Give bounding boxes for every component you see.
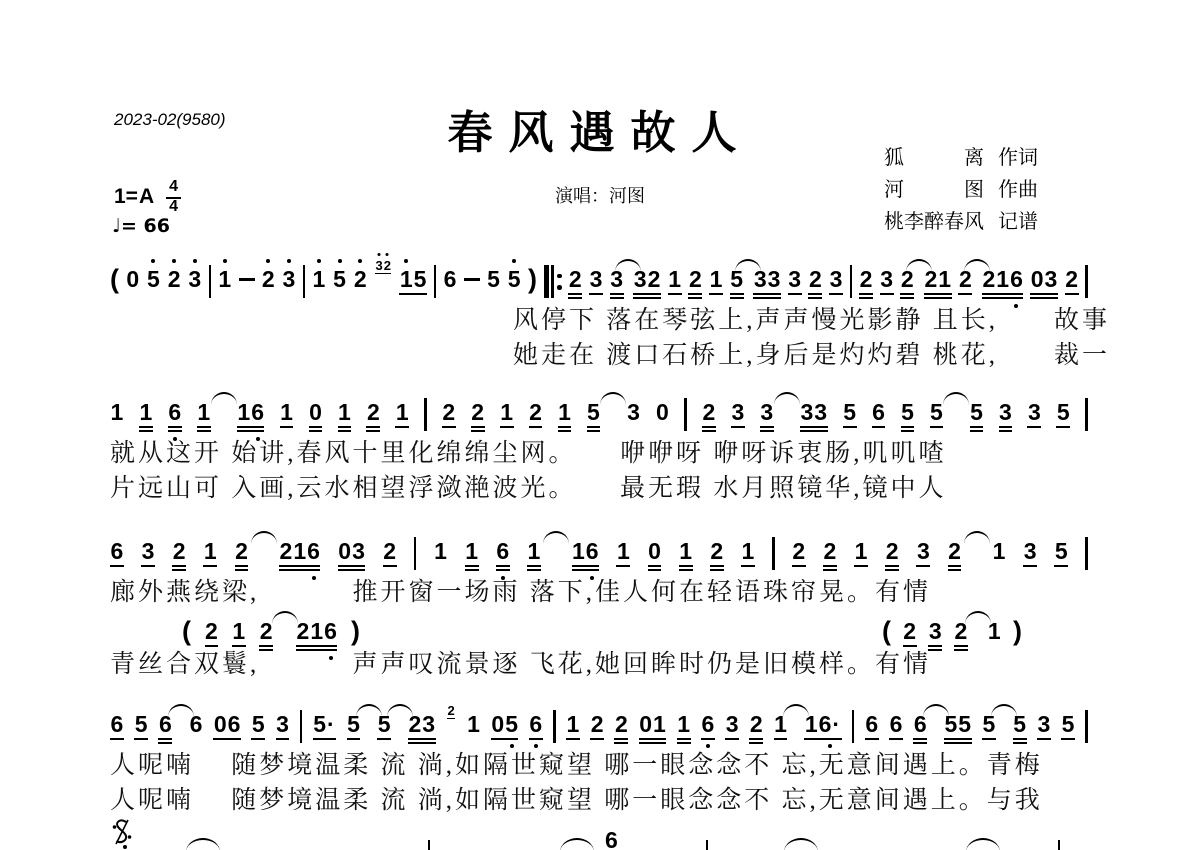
note: 1 — [110, 401, 124, 424]
note: 3 — [731, 401, 745, 428]
note: 6 — [168, 401, 182, 428]
note: 1 — [312, 268, 326, 291]
augmentation-dot: · — [832, 711, 840, 737]
note: 6 — [496, 540, 510, 567]
note: 5 — [1054, 540, 1068, 567]
note: 5 — [843, 401, 857, 428]
note: 5 — [1056, 401, 1070, 428]
note: 1 — [338, 401, 352, 428]
octave-dot-above — [338, 259, 342, 263]
note: 3 — [788, 268, 802, 295]
note: 5 — [730, 268, 744, 295]
slur-tie — [543, 531, 569, 544]
octave-dot-below — [1014, 304, 1018, 308]
lyric-line: 人呢喃 随梦境温柔 流 淌,如隔世窥望 哪一眼念念不 忘,无意间遇上。与我 — [110, 783, 1088, 818]
note: 2 — [167, 268, 181, 291]
parenthesis: ( — [182, 617, 191, 645]
note: 55 — [944, 713, 972, 740]
note: 1 — [558, 401, 572, 428]
ossia-phrase: (212216) — [182, 610, 360, 647]
note: 216 — [296, 620, 337, 647]
note: 2 — [808, 268, 822, 295]
barline — [209, 265, 211, 298]
note: 5 — [1061, 713, 1075, 740]
music-system: 656606535·552321056122011632116·66655553… — [110, 700, 1088, 818]
slur-tie — [783, 704, 809, 717]
parenthesis: ) — [528, 265, 537, 293]
barline — [706, 840, 708, 850]
slur-tie — [387, 704, 413, 717]
note: 2 — [958, 268, 972, 295]
note: 2 — [885, 540, 899, 567]
barline — [428, 840, 430, 850]
note: 03 — [1030, 268, 1058, 295]
note: 0 — [309, 401, 323, 428]
octave-dot-above — [317, 259, 321, 263]
note: 1 — [741, 540, 755, 567]
dash-note — [464, 278, 480, 281]
octave-dot-above — [172, 259, 176, 263]
note: 06 — [213, 713, 241, 740]
ossia-phrase: (2321) — [882, 610, 1022, 647]
key-prefix: 1= — [114, 185, 138, 209]
lyric-line: 就从这开 始讲,春风十里化绵绵尘网。 咿咿呀 咿呀诉衷肠,叽叽喳 — [110, 436, 1088, 471]
octave-dot-above — [223, 259, 227, 263]
note: 1 — [280, 401, 294, 428]
slur-tie — [991, 704, 1017, 717]
slur-tie — [774, 392, 800, 405]
note: 216 — [279, 540, 320, 567]
note: 2 — [353, 268, 367, 291]
barline — [1085, 398, 1087, 431]
note: 32 — [633, 268, 661, 295]
note: 2 — [948, 540, 962, 567]
note: 1 — [992, 540, 1006, 563]
note: 3 — [725, 713, 739, 740]
note: 2 — [702, 401, 716, 428]
note: 16 — [572, 540, 600, 567]
note: 16· — [804, 713, 841, 740]
note: 21 — [924, 268, 952, 295]
note: 5 — [251, 713, 265, 740]
note: 5 — [487, 268, 501, 291]
octave-dot-above — [358, 259, 362, 263]
notation-line: 656606535·552321056122011632116·66655553… — [110, 700, 1088, 748]
tempo-value: = 66 — [121, 215, 170, 237]
barline — [424, 398, 426, 431]
barline — [1085, 710, 1087, 743]
note: 1 — [139, 401, 153, 428]
key-note: A — [139, 185, 154, 209]
sheet-music-page: 2023-02(9580) 春风遇故人 演唱：河图 1= A 4 4 ♩= 66… — [0, 0, 1200, 850]
note: 2 — [471, 401, 485, 428]
note: 2 — [954, 620, 968, 647]
slur-tie — [186, 838, 220, 850]
note: 1 — [774, 713, 788, 740]
note: 6 — [158, 713, 172, 740]
dash-note — [239, 278, 255, 281]
lyric-line: 青丝合双鬟, 声声叹流景逐 飞花,她回眸时仍是旧模样。有情 — [110, 647, 1088, 682]
note: 3 — [188, 268, 202, 291]
note: 1 — [203, 540, 217, 567]
octave-dot-below — [706, 744, 710, 748]
note: 1 — [197, 401, 211, 428]
note: 1 — [616, 540, 630, 567]
note: 5 — [982, 713, 996, 740]
lyric-line: 片远山可 入画,云水相望浮潋滟波光。 最无瑕 水月照镜华,镜中人 — [110, 471, 1088, 506]
octave-dot-below — [173, 437, 177, 441]
slur-tie — [251, 531, 277, 544]
note: 0 — [656, 401, 670, 424]
note: 2 — [903, 620, 917, 647]
slur-tie — [211, 392, 237, 405]
note: 5· — [313, 713, 336, 740]
note: 2 — [749, 713, 763, 740]
note: 03 — [338, 540, 366, 567]
notation-line: 11611610121221215302333356555335 — [110, 388, 1088, 436]
note: 6 — [913, 713, 927, 740]
octave-dot-below — [534, 744, 538, 748]
note: 1 — [566, 713, 580, 740]
lyric-line: 风停下 落在琴弦上,声声慢光影静 且长, 故事 — [110, 303, 1088, 338]
lyricist-name: 狐 离 — [884, 142, 984, 174]
note: 3 — [760, 401, 774, 428]
parenthesis: ( — [110, 265, 119, 293]
note: 33 — [800, 401, 828, 428]
composer-name: 河 图 — [884, 174, 984, 206]
notation-line: (05231231523215655)233321215333232322122… — [110, 255, 1088, 303]
barline — [434, 265, 436, 298]
note: 2 — [261, 268, 275, 291]
octave-dot-below — [329, 656, 333, 660]
note: 6 — [865, 713, 879, 740]
lyric-line: 人呢喃 随梦境温柔 流 淌,如隔世窥望 哪一眼念念不 忘,无意间遇上。青梅 — [110, 748, 1088, 783]
note: 6 — [872, 401, 886, 428]
note: 2 — [1065, 268, 1079, 295]
barline — [850, 265, 852, 298]
note: 2 — [442, 401, 456, 428]
note: 2 — [529, 401, 543, 428]
note: 2 — [366, 401, 380, 428]
note: 16 — [237, 401, 265, 428]
note: 2 — [590, 713, 604, 740]
note: 3 — [141, 540, 155, 567]
slur-tie — [964, 259, 990, 272]
note: 3 — [1023, 540, 1037, 567]
octave-dot-above — [193, 259, 197, 263]
barline — [1058, 840, 1060, 850]
note: 1 — [218, 268, 232, 291]
composer-credit: 河 图 作曲 — [884, 174, 1038, 206]
transcriber-role: 记谱 — [998, 206, 1038, 238]
octave-dot-above — [386, 253, 389, 256]
music-system: 11611610121221215302333356555335就从这开 始讲,… — [110, 388, 1088, 506]
note: 5 — [970, 401, 984, 428]
note: 1 — [395, 401, 409, 428]
note: 2 — [823, 540, 837, 567]
grace-notes: 2 — [447, 704, 455, 719]
ossia-row: (212216)(2321) — [110, 610, 1088, 647]
note: 5 — [587, 401, 601, 428]
notation-line: 6321221603211611610121221232135 — [110, 527, 1088, 575]
lyric-line: 她走在 渡口石桥上,身后是灼灼碧 桃花, 裁一 — [110, 338, 1088, 373]
slur-tie — [272, 611, 298, 624]
note: 6 — [889, 713, 903, 740]
note: 3 — [1027, 401, 1041, 428]
slur-tie — [965, 611, 991, 624]
note: 5 — [147, 268, 161, 291]
note: 3 — [627, 401, 641, 424]
slur-tie — [923, 704, 949, 717]
parenthesis: ) — [1013, 617, 1022, 645]
note: 1 — [677, 713, 691, 740]
note: 6 — [701, 713, 715, 740]
barline — [772, 537, 774, 570]
music-system: 6321221603211611610121221232135廊外燕绕梁, 推开… — [110, 527, 1088, 682]
note: 5 — [507, 268, 521, 291]
note: 05 — [491, 713, 519, 740]
note: 6 — [529, 713, 543, 740]
note: 5 — [377, 713, 391, 740]
slur-tie — [600, 392, 626, 405]
credits-block: 狐 离 作词 河 图 作曲 桃李醉春风 记谱 — [884, 142, 1038, 238]
note: 3 — [928, 620, 942, 647]
slur-tie — [943, 392, 969, 405]
note: 3 — [610, 268, 624, 295]
note: 1 — [434, 540, 448, 563]
barline — [300, 710, 302, 743]
music-system: (05231231523215655)233321215333232322122… — [110, 255, 1088, 373]
slur-tie — [356, 704, 382, 717]
note: 1 — [500, 401, 514, 428]
note: 5 — [930, 401, 944, 428]
slur-tie — [168, 704, 194, 717]
octave-dot-above — [512, 259, 516, 263]
slur-tie — [966, 838, 1000, 850]
note: 5 — [347, 713, 361, 740]
note: 5 — [134, 713, 148, 740]
quarter-note-icon: ♩ — [112, 215, 121, 237]
note: 01 — [639, 713, 667, 740]
segno-icon — [112, 818, 132, 850]
note: 2 — [859, 268, 873, 295]
barline — [1085, 537, 1087, 570]
note: 3 — [999, 401, 1013, 428]
note: 2 — [710, 540, 724, 567]
barline — [303, 265, 305, 298]
note: 1 — [854, 540, 868, 567]
meter-numerator: 4 — [166, 179, 181, 199]
octave-dot-below — [501, 576, 505, 580]
note: 3 — [1037, 713, 1051, 740]
note: 2 — [259, 620, 273, 647]
lyric-line: 廊外燕绕梁, 推开窗一场雨 落下,佳人何在轻语珠帘晃。有情 — [110, 575, 1088, 610]
slur-tie — [906, 259, 932, 272]
barline — [684, 398, 686, 431]
note: 23 — [408, 713, 436, 740]
octave-dot-below — [256, 437, 260, 441]
grace-notes: 32 — [375, 259, 391, 274]
note: 3 — [589, 268, 603, 295]
octave-dot-above — [404, 259, 408, 263]
note: 5 — [333, 268, 347, 291]
octave-dot-above — [266, 259, 270, 263]
note: 1 — [527, 540, 541, 567]
note: 33 — [753, 268, 781, 295]
slur-tie — [964, 531, 990, 544]
lyricist-credit: 狐 离 作词 — [884, 142, 1038, 174]
note: 6 — [605, 829, 618, 850]
parenthesis: ( — [882, 617, 891, 645]
meter-denominator: 4 — [169, 199, 178, 216]
note: 0 — [648, 540, 662, 567]
note: 0 — [126, 268, 140, 291]
slur-tie — [560, 838, 594, 850]
note: 3 — [276, 713, 290, 740]
slur-tie — [735, 259, 761, 272]
composer-role: 作曲 — [998, 174, 1038, 206]
octave-dot-below — [123, 845, 127, 849]
note: 3 — [282, 268, 296, 291]
octave-dot-below — [312, 576, 316, 580]
octave-dot-above — [151, 259, 155, 263]
octave-dot-below — [590, 576, 594, 580]
note: 1 — [232, 620, 246, 647]
augmentation-dot: · — [327, 711, 335, 737]
note: 2 — [205, 620, 219, 647]
slur-tie — [784, 838, 818, 850]
note: 1 — [679, 540, 693, 567]
parenthesis: ) — [351, 617, 360, 645]
note: 1 — [709, 268, 723, 295]
note: 2 — [568, 268, 582, 295]
note: 6 — [110, 713, 124, 740]
note: 3 — [916, 540, 930, 567]
note: 2 — [688, 268, 702, 295]
score-area: (05231231523215655)233321215333232322122… — [110, 255, 1088, 850]
note: 3 — [829, 268, 843, 295]
note: 2 — [172, 540, 186, 567]
barline — [1085, 265, 1087, 298]
note: 1 — [467, 713, 481, 736]
note: 1 — [668, 268, 682, 295]
note: 2 — [614, 713, 628, 740]
note: 216 — [982, 268, 1023, 295]
note: 6 — [110, 540, 124, 567]
note: 2 — [792, 540, 806, 567]
note: 6 — [443, 268, 457, 291]
note: 5 — [1013, 713, 1027, 740]
barline — [852, 710, 854, 743]
repeat-begin-sign — [544, 265, 562, 298]
note: 15 — [399, 268, 427, 295]
note: 2 — [235, 540, 249, 567]
cutoff-notation-line: 6 — [110, 817, 1090, 850]
octave-dot-above — [378, 253, 381, 256]
note: 1 — [465, 540, 479, 567]
tempo-marking: ♩= 66 — [112, 215, 170, 237]
octave-dot-below — [828, 744, 832, 748]
note: 2 — [383, 540, 397, 567]
key-signature: 1= A 4 4 — [114, 179, 181, 216]
barline — [553, 710, 555, 743]
time-signature: 4 4 — [166, 179, 181, 216]
slur-tie — [615, 259, 641, 272]
note: 2 — [900, 268, 914, 295]
octave-dot-below — [510, 744, 514, 748]
note: 5 — [901, 401, 915, 428]
note: 3 — [880, 268, 894, 295]
octave-dot-above — [287, 259, 291, 263]
barline — [414, 537, 416, 570]
transcriber-credit: 桃李醉春风 记谱 — [884, 206, 1038, 238]
transcriber-name: 桃李醉春风 — [884, 206, 984, 238]
lyricist-role: 作词 — [998, 142, 1038, 174]
